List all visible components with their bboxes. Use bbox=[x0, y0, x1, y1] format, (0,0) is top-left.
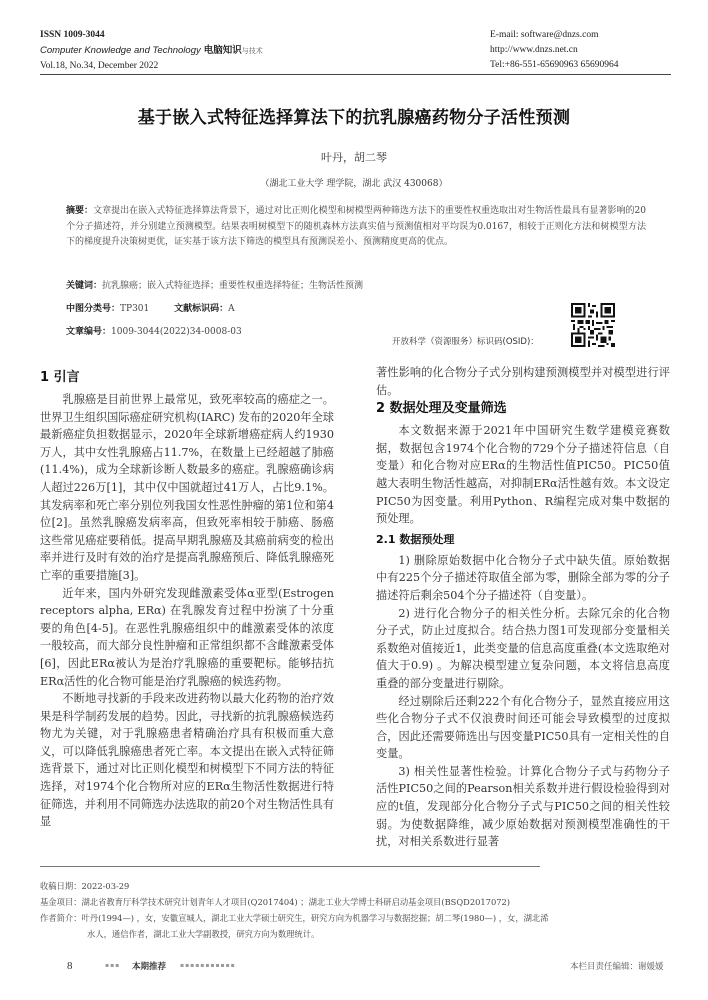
paragraph-continuation: 著性影响的化合物分子式分别构建预测模型并对模型进行评估。 bbox=[376, 364, 670, 399]
article-number-value: 1009-3044(2022)34-0008-03 bbox=[111, 327, 242, 337]
journal-contact: E-mail: software@dnzs.com http://www.dnz… bbox=[490, 28, 618, 73]
header-divider bbox=[40, 74, 671, 75]
paragraph: 近年来，国内外研究发现雌激素受体α亚型(Estrogen receptors a… bbox=[40, 585, 334, 691]
author-bio-label: 作者简介： bbox=[40, 913, 82, 923]
keywords: 关键词：抗乳腺癌；嵌入式特征选择；重要性权重选择特征；生物活性预测 bbox=[66, 278, 363, 291]
fund-value: 湖北省教育厅科学技术研究计划青年人才项目(Q2017404) ；湖北工业大学博士… bbox=[82, 897, 511, 907]
body-column-right: 著性影响的化合物分子式分别构建预测模型并对模型进行评估。 2 数据处理及变量筛选… bbox=[376, 364, 670, 851]
journal-name-en: Computer Knowledge and Technology bbox=[40, 45, 201, 56]
page-number: 8 bbox=[67, 960, 73, 972]
article-number: 文章编号：1009-3044(2022)34-0008-03 bbox=[66, 324, 242, 337]
fund-info: 基金项目：湖北省教育厅科学技术研究计划青年人才项目(Q2017404) ；湖北工… bbox=[40, 894, 680, 910]
article-number-label: 文章编号： bbox=[66, 327, 111, 337]
column-editor: 本栏目责任编辑：谢媛媛 bbox=[570, 960, 664, 972]
journal-header: ISSN 1009-3044 Computer Knowledge and Te… bbox=[40, 0, 671, 72]
keywords-label: 关键词： bbox=[66, 281, 102, 291]
osid-label: 开放科学（资源服务）标识码(OSID)： bbox=[392, 335, 539, 347]
clc-label: 中图分类号： bbox=[66, 304, 120, 314]
clc-value: TP301 bbox=[120, 304, 149, 314]
abstract-label: 摘要： bbox=[66, 206, 93, 216]
paragraph: 本文数据来源于2021年中国研究生数学建模竞赛数据，数据包含1974个化合物的7… bbox=[376, 422, 670, 528]
paragraph: 2) 进行化合物分子的相关性分析。去除冗余的化合物分子式，防止过度拟合。结合热力… bbox=[376, 605, 670, 693]
paragraph: 经过剔除后还剩222个有化合物分子，显然直接应用这些化合物分子式不仅浪费时间还可… bbox=[376, 693, 670, 763]
author-bio-cont: 水人，通信作者，湖北工业大学副教授，研究方向为数理统计。 bbox=[40, 926, 680, 942]
received-value: 2022-03-29 bbox=[82, 881, 130, 891]
paragraph: 3) 相关性显著性检验。计算化合物分子式与药物分子活性PIC50之间的Pears… bbox=[376, 763, 670, 851]
subsection-heading-2-1: 2.1 数据预处理 bbox=[376, 530, 670, 550]
issn: ISSN 1009-3044 bbox=[40, 28, 263, 43]
received-date: 收稿日期：2022-03-29 bbox=[40, 878, 680, 894]
page-footer: 8 ▪▪▪ 本期推荐 ▪▪▪▪▪▪▪▪▪▪▪ 本栏目责任编辑：谢媛媛 bbox=[40, 958, 671, 978]
contact-tel: Tel:+86-551-65690963 65690964 bbox=[490, 58, 618, 73]
abstract-text: 文章提出在嵌入式特征选择算法背景下，通过对比正则化模型和树模型两种筛选方法下的重… bbox=[66, 206, 646, 247]
author-bio-text: 叶丹(1994—) ，女，安徽宣城人，湖北工业大学硕士研究生，研究方向为机器学习… bbox=[82, 913, 549, 923]
doc-code-value: A bbox=[228, 304, 235, 314]
decorative-dots-left: ▪▪▪ bbox=[105, 962, 120, 969]
author-bio: 作者简介：叶丹(1994—) ，女，安徽宣城人，湖北工业大学硕士研究生，研究方向… bbox=[40, 910, 680, 926]
journal-name-cn-suffix: 与技术 bbox=[242, 47, 263, 55]
qr-code-icon[interactable] bbox=[571, 303, 615, 347]
footnotes: 收稿日期：2022-03-29 基金项目：湖北省教育厅科学技术研究计划青年人才项… bbox=[40, 878, 680, 942]
author-affiliation: （湖北工业大学 理学院，湖北 武汉 430068） bbox=[0, 176, 708, 189]
volume-issue: Vol.18, No.34, December 2022 bbox=[40, 59, 263, 74]
footnote-divider bbox=[40, 866, 540, 867]
body-column-left: 1 引言 乳腺癌是目前世界上最常见，致死率较高的癌症之一。世界卫生组织国际癌症研… bbox=[40, 368, 334, 831]
journal-info: ISSN 1009-3044 Computer Knowledge and Te… bbox=[40, 28, 263, 74]
paper-title: 基于嵌入式特征选择算法下的抗乳腺癌药物分子活性预测 bbox=[0, 103, 708, 128]
decorative-dots-right: ▪▪▪▪▪▪▪▪▪▪▪ bbox=[180, 962, 236, 969]
keywords-text: 抗乳腺癌；嵌入式特征选择；重要性权重选择特征；生物活性预测 bbox=[102, 281, 363, 291]
fund-label: 基金项目： bbox=[40, 897, 82, 907]
paragraph: 不断地寻找新的手段来改进药物以最大化药物的治疗效果是科学制药发展的趋势。因此，寻… bbox=[40, 690, 334, 831]
column-section-label: 本期推荐 bbox=[132, 960, 166, 972]
received-label: 收稿日期： bbox=[40, 881, 82, 891]
contact-website[interactable]: http://www.dnzs.net.cn bbox=[490, 43, 618, 58]
section-heading-1: 1 引言 bbox=[40, 368, 334, 388]
paper-authors: 叶丹，胡二琴 bbox=[0, 149, 708, 165]
classification-line: 中图分类号：TP301 文献标识码：A bbox=[66, 301, 235, 314]
paragraph: 乳腺癌是目前世界上最常见，致死率较高的癌症之一。世界卫生组织国际癌症研究机构(I… bbox=[40, 391, 334, 585]
contact-email[interactable]: E-mail: software@dnzs.com bbox=[490, 28, 618, 43]
doc-code-label: 文献标识码： bbox=[174, 304, 228, 314]
abstract: 摘要：文章提出在嵌入式特征选择算法背景下，通过对比正则化模型和树模型两种筛选方法… bbox=[66, 204, 646, 251]
journal-name-cn: 电脑知识 bbox=[204, 45, 242, 56]
paragraph: 1) 删除原始数据中化合物分子式中缺失值。原始数据中有225个分子描述符取值全部… bbox=[376, 552, 670, 605]
section-heading-2: 2 数据处理及变量筛选 bbox=[376, 399, 670, 419]
